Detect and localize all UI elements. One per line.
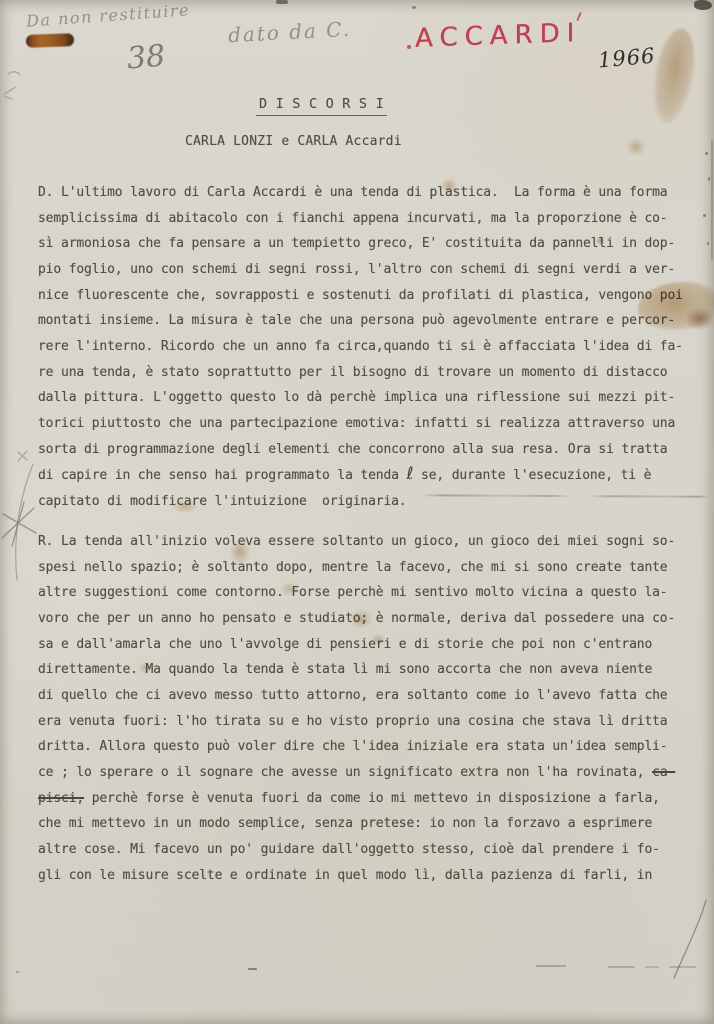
typed-line: sì armoniosa che fa pensare a un tempiet…: [38, 231, 706, 257]
stain: [626, 138, 646, 156]
typed-line: di quello che ci avevo messo tutto attor…: [38, 683, 706, 709]
typed-line: ce ; lo sperare o il sognare che avesse …: [38, 760, 706, 786]
ink-smudge: [26, 33, 74, 48]
typed-line: sorta di programmazione degli elementi c…: [38, 437, 706, 463]
typed-line: pio foglio, uno con schemi di segni ross…: [38, 257, 706, 283]
edge-speck: [707, 242, 709, 245]
typed-line: era venuta fuori: l'ho tirata su e ho vi…: [38, 709, 706, 735]
edge-speck: [276, 0, 288, 4]
handwritten-red-name: ACCARDI: [415, 18, 581, 54]
typed-line: D. L'ultimo lavoro di Carla Accardi è un…: [38, 180, 706, 206]
stain: [647, 25, 701, 126]
handwritten-page-number: 38: [126, 38, 167, 76]
document-byline: CARLA LONZI e CARLA Accardi: [185, 134, 402, 149]
typed-line: torici piuttosto che una partecipazione …: [38, 411, 706, 437]
struck-word: pisci,: [38, 791, 84, 806]
document-title: D I S C O R S I: [256, 96, 387, 116]
typed-line: altre cose. Mi facevo un po' guidare dal…: [38, 837, 706, 863]
typed-line: dalla pittura. L'oggetto questo lo dà pe…: [38, 385, 706, 411]
document-body: D. L'ultimo lavoro di Carla Accardi è un…: [38, 180, 706, 888]
typed-line: pisci, perchè forse è venuta fuori da co…: [38, 786, 706, 812]
edge-speck: [711, 140, 713, 260]
typed-line: dritta. Allora questo può voler dire che…: [38, 734, 706, 760]
struck-word: ca-: [652, 765, 675, 780]
typed-line: rere l'interno. Ricordo che un anno fa c…: [38, 334, 706, 360]
typed-line: gli con le misure scelte e ordinate in q…: [38, 863, 706, 889]
scanned-page: Da non restituire 38 dato da C. ACCARDI …: [0, 0, 714, 1024]
paragraph: D. L'ultimo lavoro di Carla Accardi è un…: [38, 180, 706, 515]
handwritten-year: 1966: [597, 44, 656, 73]
handwritten-pencil-note: dato da C.: [227, 17, 351, 47]
typed-line: spesi nello spazio; è soltanto dopo, men…: [38, 555, 706, 581]
edge-speck: [16, 971, 19, 973]
typed-line: sa e dall'amarla che uno l'avvolge di pe…: [38, 632, 706, 658]
typed-line: che mi mettevo in un modo semplice, senz…: [38, 811, 706, 837]
red-dot-mark: [407, 45, 411, 49]
handwritten-note-top: Da non restituire: [26, 0, 191, 30]
typed-line: altre suggestioni come contorno. Forse p…: [38, 580, 706, 606]
typed-line: nice fluorescente che, sovrapposti e sos…: [38, 283, 706, 309]
paragraph: R. La tenda all'inizio voleva essere sol…: [38, 529, 706, 888]
edge-speck: [708, 177, 710, 181]
typed-line: voro che per un anno ho pensato e studia…: [38, 606, 706, 632]
edge-speck: [248, 968, 257, 970]
pencil-squiggle-mark: [0, 68, 28, 110]
edge-speck: [705, 152, 708, 155]
typed-line: montati insieme. La misura è tale che un…: [38, 308, 706, 334]
pencil-dash-mark: [608, 966, 696, 968]
crease-line-mark: [634, 896, 714, 982]
typed-line: di capire in che senso hai programmato l…: [38, 462, 706, 489]
edge-speck: [412, 6, 416, 9]
typed-line: direttamente. Ma quando la tenda è stata…: [38, 657, 706, 683]
typed-line: re una tenda, è stato soprattutto per il…: [38, 360, 706, 386]
typed-line: semplicissima di abitacolo con i fianchi…: [38, 206, 706, 232]
pencil-dash-mark-small: [536, 965, 566, 967]
title-underlined-text: D I S C O R S I: [256, 96, 387, 116]
edge-speck: [694, 0, 712, 10]
typed-line: capitato di modificare l'intuizione orig…: [38, 489, 706, 515]
typed-line: R. La tenda all'inizio voleva essere sol…: [38, 529, 706, 555]
